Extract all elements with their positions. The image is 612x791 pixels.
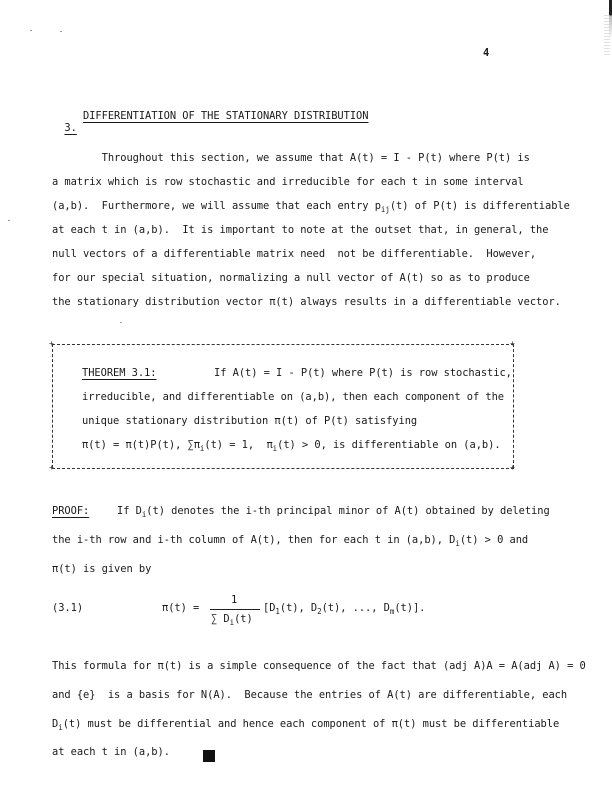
box-corner: + — [510, 464, 515, 472]
theorem-line: π(t) = π(t)P(t), ∑πi(t) = 1, πi(t) > 0, … — [82, 439, 501, 451]
equation-denominator: ∑ Di(t) — [211, 613, 253, 625]
box-border-bottom — [52, 468, 514, 469]
text-line: Throughout this section, we assume that … — [52, 152, 530, 164]
proof-line: If Di(t) denotes the i-th principal mino… — [117, 505, 550, 517]
theorem-label: THEOREM 3.1: — [82, 367, 156, 379]
text-line: (a,b). Furthermore, we will assume that … — [52, 200, 570, 212]
theorem-line: unique stationary distribution π(t) of P… — [82, 415, 417, 427]
text-line: the stationary distribution vector π(t) … — [52, 296, 561, 308]
theorem-line: irreducible, and differentiable on (a,b)… — [82, 391, 504, 403]
scan-speck — [30, 30, 32, 31]
section-number: 3. — [64, 122, 76, 134]
scan-speck — [8, 220, 10, 221]
equation-label: (3.1) — [52, 602, 83, 614]
box-border-right — [513, 344, 514, 468]
text-line: at each t in (a,b). It is important to n… — [52, 224, 548, 236]
proof-label: PROOF: — [52, 505, 89, 517]
section-heading: 3. DIFFERENTIATION OF THE STATIONARY DIS… — [52, 110, 77, 146]
scan-noise — [604, 15, 610, 55]
box-border-top — [52, 344, 514, 345]
conclusion-line: Di(t) must be differential and hence eac… — [52, 718, 559, 730]
qed-square-icon — [203, 750, 215, 762]
text-line: null vectors of a differentiable matrix … — [52, 248, 536, 260]
conclusion-line: and {e} is a basis for N(A). Because the… — [52, 689, 567, 701]
proof-line: the i-th row and i-th column of A(t), th… — [52, 534, 528, 546]
box-border-left — [52, 344, 53, 468]
box-corner: + — [49, 464, 54, 472]
equation-lhs: π(t) = — [162, 602, 199, 614]
fraction-bar — [210, 609, 260, 610]
equation-vector: [D1(t), D2(t), ..., Dm(t)]. — [263, 602, 425, 614]
conclusion-line: This formula for π(t) is a simple conseq… — [52, 660, 586, 672]
box-corner: + — [49, 340, 54, 348]
scan-speck — [120, 322, 122, 323]
equation-numerator: 1 — [231, 594, 237, 606]
text-line: for our special situation, normalizing a… — [52, 272, 530, 284]
conclusion-line: at each t in (a,b). — [52, 746, 170, 758]
proof-line: π(t) is given by — [52, 563, 151, 575]
page-number: 4 — [483, 47, 489, 59]
section-title: DIFFERENTIATION OF THE STATIONARY DISTRI… — [83, 110, 368, 122]
theorem-line: If A(t) = I - P(t) where P(t) is row sto… — [214, 367, 512, 379]
scan-speck — [60, 31, 62, 32]
text-line: a matrix which is row stochastic and irr… — [52, 176, 524, 188]
box-corner: + — [510, 340, 515, 348]
